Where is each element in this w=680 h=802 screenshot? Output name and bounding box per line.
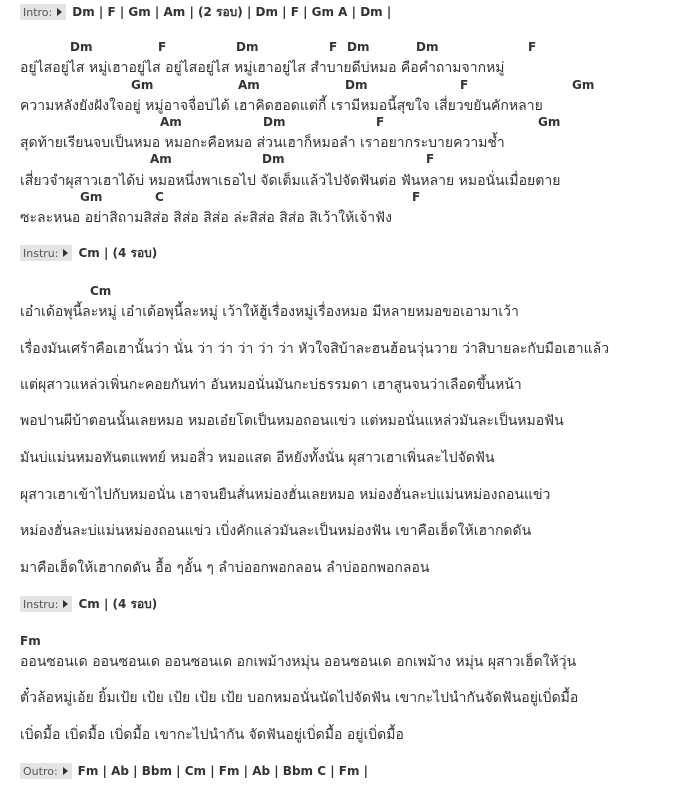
chord: Gm bbox=[80, 190, 102, 204]
chord: F bbox=[528, 40, 536, 54]
instru-progression: Cm | (4 รอบ) bbox=[78, 595, 157, 614]
chord: Am bbox=[150, 152, 172, 166]
chord: Gm bbox=[538, 115, 560, 129]
play-arrow-icon bbox=[63, 767, 68, 775]
lyric-line: แต่ผุสาวแหล่วเพิ่นกะคอยกันท่า อันหมอนั่น… bbox=[20, 374, 522, 396]
lyric-line: มาคือเฮ็ดให้เฮากดดัน อื้อ ๆอั้น ๆ ลำบ่ออ… bbox=[20, 557, 429, 579]
chord: Dm bbox=[236, 40, 258, 54]
chord: Fm bbox=[20, 634, 41, 648]
intro-section: Intro: Dm | F | Gm | Am | (2 รอบ) | Dm |… bbox=[20, 3, 391, 21]
chord: Dm bbox=[347, 40, 369, 54]
instru-section-2: Instru: Cm | (4 รอบ) bbox=[20, 595, 157, 613]
lyric-line: สุดท้ายเรียนจบเป็นหมอ หมอกะคือหมอ ส่วนเฮ… bbox=[20, 132, 505, 154]
chord: Dm bbox=[262, 152, 284, 166]
play-arrow-icon bbox=[57, 8, 62, 16]
lyric-line: เสี่ยวจำผุสาวเฮาได้บ่ หมอหนึ่งพาเธอไป จั… bbox=[20, 170, 560, 192]
chord: Gm bbox=[572, 78, 594, 92]
chord: F bbox=[426, 152, 434, 166]
chord: F bbox=[158, 40, 166, 54]
lyric-line: หม่องฮั่นละบ่แม่นหม่องถอนแข่ว เบิ่งคักแล… bbox=[20, 520, 531, 542]
outro-progression: Fm | Ab | Bbm | Cm | Fm | Ab | Bbm C | F… bbox=[78, 764, 368, 778]
lyric-line: เรื่องมันเศร้าคือเฮานั้นว่า นั่น ว่า ว่า… bbox=[20, 338, 609, 360]
lyric-line: ตั๋วล้อหมู่เอ้ย ยิ้มเป้ย เป้ย เป้ย เป้ย … bbox=[20, 687, 578, 709]
lyric-line: มันบ่แม่นหมอทันตแพทย์ หมอสิ่ว หมอแสด อีห… bbox=[20, 447, 494, 469]
intro-label[interactable]: Intro: bbox=[20, 4, 66, 20]
chord: C bbox=[155, 190, 164, 204]
instru-label[interactable]: Instru: bbox=[20, 596, 72, 612]
lyric-line: เบิ่ดมื้อ เบิ่ดมื้อ เบิ่ดมื้อ เขากะไปนำก… bbox=[20, 724, 404, 746]
instru-progression: Cm | (4 รอบ) bbox=[78, 244, 157, 263]
chord: Am bbox=[160, 115, 182, 129]
chord: F bbox=[412, 190, 420, 204]
lyric-line: ออนซอนเด ออนซอนเด ออนซอนเด อกเพม้างหมุ่น… bbox=[20, 651, 576, 673]
lyric-line: ซะละหนอ อย่าสิถามสิส่อ สิส่อ สิส่อ ล่ะสิ… bbox=[20, 207, 392, 229]
outro-label[interactable]: Outro: bbox=[20, 763, 72, 779]
chord: F bbox=[329, 40, 337, 54]
play-arrow-icon bbox=[63, 249, 68, 257]
play-arrow-icon bbox=[63, 600, 68, 608]
instru-section-1: Instru: Cm | (4 รอบ) bbox=[20, 244, 157, 262]
instru-label[interactable]: Instru: bbox=[20, 245, 72, 261]
lyric-line: ความหลังยังฝังใจอยู่ หมู่อาจจื่อบ่ได้ เฮ… bbox=[20, 95, 543, 117]
chord: F bbox=[376, 115, 384, 129]
intro-progression: Dm | F | Gm | Am | (2 รอบ) | Dm | F | Gm… bbox=[72, 3, 391, 22]
chord: Dm bbox=[345, 78, 367, 92]
chord: Cm bbox=[90, 284, 111, 298]
chord: Am bbox=[238, 78, 260, 92]
chord: Dm bbox=[416, 40, 438, 54]
chord: Dm bbox=[70, 40, 92, 54]
chord: Gm bbox=[131, 78, 153, 92]
lyric-line: พอปานผีบ้าตอนนั้นเลยหมอ หมอเอ๋ยโตเป็นหมอ… bbox=[20, 410, 564, 432]
lyric-line: เอ๋าเด้อพุนี้ละหมู่ เอ๋าเด้อพุนี้ละหมู่ … bbox=[20, 301, 519, 323]
chord: Dm bbox=[263, 115, 285, 129]
outro-section: Outro: Fm | Ab | Bbm | Cm | Fm | Ab | Bb… bbox=[20, 762, 368, 780]
lyric-line: ผุสาวเฮาเข้าไปกับหมอนั่น เฮาจนยืนสั่นหม่… bbox=[20, 484, 550, 506]
lyric-line: อยู่ไสอยู่ไส หมู่เฮาอยู่ไส อยู่ไสอยู่ไส … bbox=[20, 57, 505, 79]
chord: F bbox=[460, 78, 468, 92]
